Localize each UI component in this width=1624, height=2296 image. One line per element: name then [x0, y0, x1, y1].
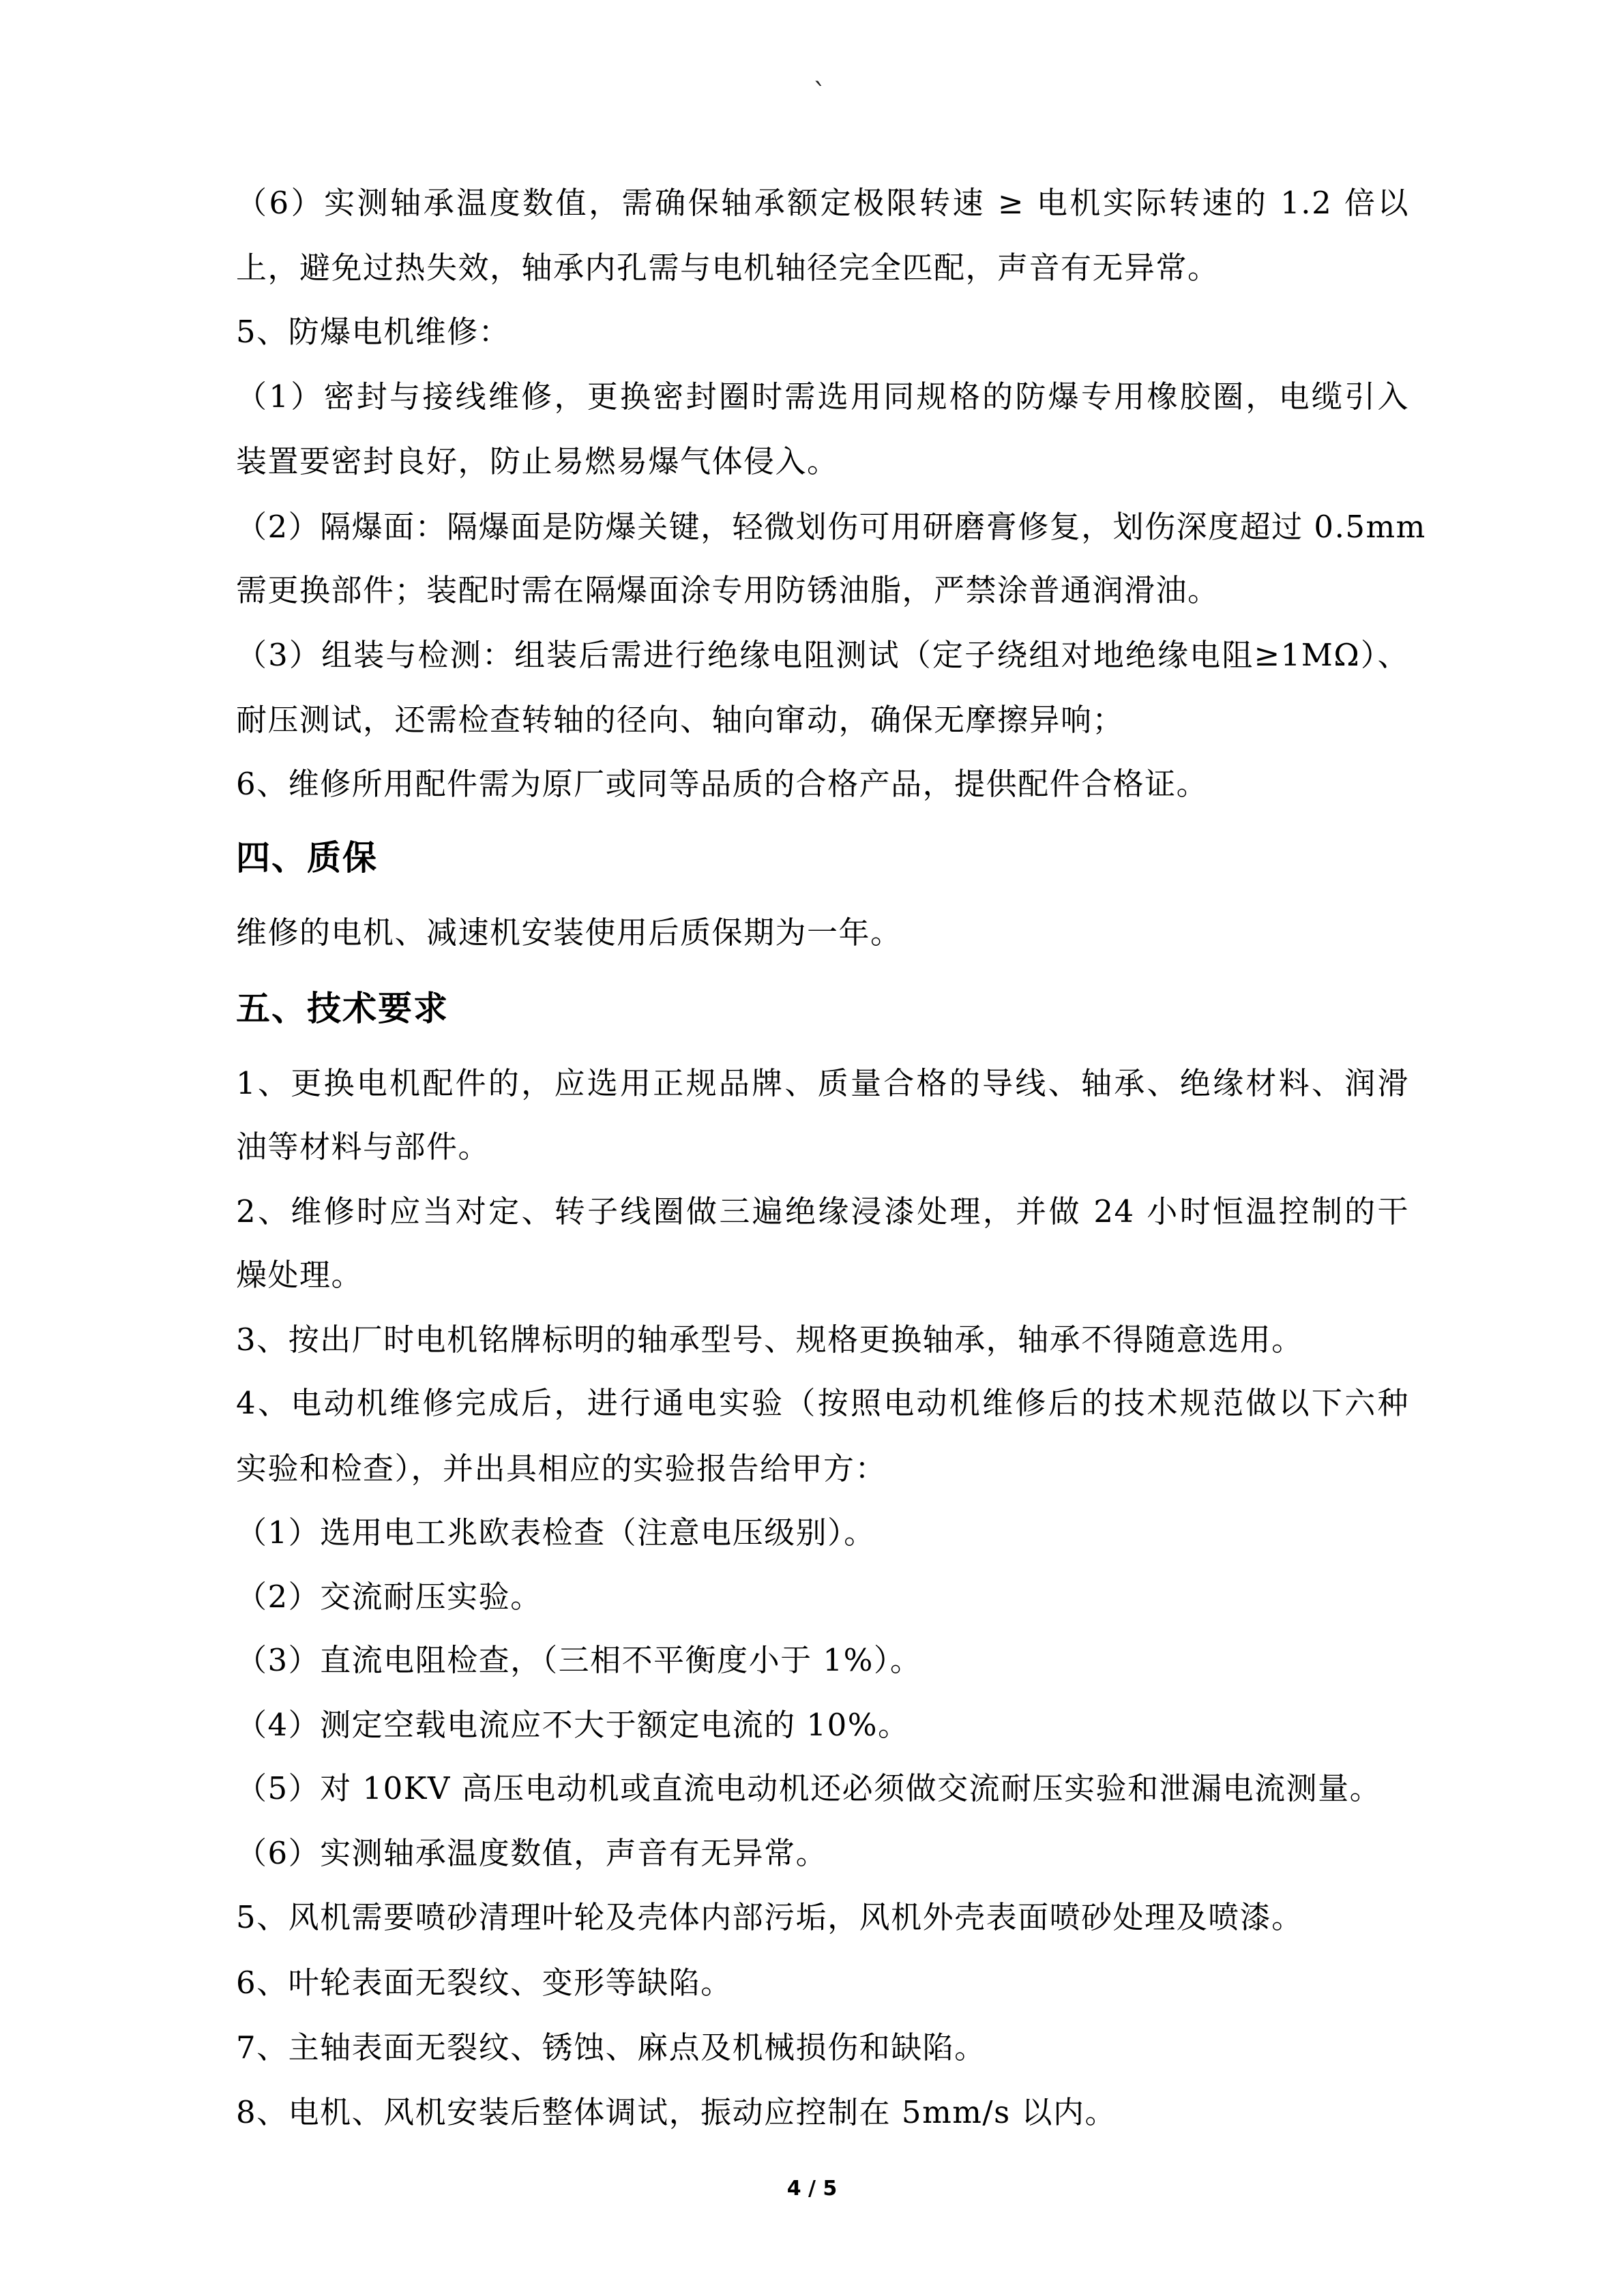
- header-mark: `: [813, 80, 827, 108]
- paragraph-line: （1）密封与接线维修，更换密封圈时需选用同规格的防爆专用橡胶圈，电缆引入: [236, 376, 1409, 417]
- paragraph-line: 实验和检查），并出具相应的实验报告给甲方：: [236, 1448, 1409, 1489]
- paragraph-line: 需更换部件；装配时需在隔爆面涂专用防锈油脂，严禁涂普通润滑油。: [236, 570, 1409, 611]
- paragraph-line: 5、防爆电机维修：: [236, 312, 1409, 353]
- paragraph-line: 8、电机、风机安装后整体调试，振动应控制在 5mm/s 以内。: [236, 2092, 1409, 2133]
- paragraph-line: 1、更换电机配件的，应选用正规品牌、质量合格的导线、轴承、绝缘材料、润滑: [236, 1063, 1409, 1104]
- paragraph-line: （6）实测轴承温度数值，声音有无异常。: [236, 1833, 1409, 1874]
- paragraph-line: 燥处理。: [236, 1255, 1409, 1296]
- paragraph-line: 3、按出厂时电机铭牌标明的轴承型号、规格更换轴承，轴承不得随意选用。: [236, 1320, 1409, 1360]
- page-number: 4 / 5: [0, 2175, 1624, 2203]
- paragraph-line: 7、主轴表面无裂纹、锈蚀、麻点及机械损伤和缺陷。: [236, 2027, 1409, 2068]
- paragraph-line: 5、风机需要喷砂清理叶轮及壳体内部污垢，风机外壳表面喷砂处理及喷漆。: [236, 1897, 1409, 1938]
- paragraph-line: 2、维修时应当对定、转子线圈做三遍绝缘浸漆处理，并做 24 小时恒温控制的干: [236, 1191, 1409, 1232]
- paragraph-line: （2）交流耐压实验。: [236, 1577, 1409, 1617]
- paragraph-line: （4）测定空载电流应不大于额定电流的 10%。: [236, 1705, 1409, 1746]
- paragraph-line: （1）选用电工兆欧表检查（注意电压级别）。: [236, 1512, 1409, 1553]
- paragraph-line: （2）隔爆面：隔爆面是防爆关键，轻微划伤可用研磨膏修复，划伤深度超过 0.5mm: [236, 507, 1409, 548]
- paragraph-line: 维修的电机、减速机安装使用后质保期为一年。: [236, 912, 1409, 953]
- paragraph-line: （3）组装与检测：组装后需进行绝缘电阻测试（定子绕组对地绝缘电阻≥1MΩ）、: [236, 635, 1409, 676]
- paragraph-line: 上，避免过热失效，轴承内孔需与电机轴径完全匹配，声音有无异常。: [236, 248, 1409, 288]
- section-heading-warranty: 四、质保: [236, 836, 378, 880]
- paragraph-line: 耐压测试，还需检查转轴的径向、轴向窜动，确保无摩擦异响；: [236, 700, 1409, 741]
- paragraph-line: （6）实测轴承温度数值，需确保轴承额定极限转速 ≥ 电机实际转速的 1.2 倍以: [236, 183, 1409, 224]
- section-heading-technical-requirements: 五、技术要求: [236, 987, 449, 1030]
- paragraph-line: 6、维修所用配件需为原厂或同等品质的合格产品，提供配件合格证。: [236, 764, 1409, 805]
- paragraph-line: 油等材料与部件。: [236, 1127, 1409, 1167]
- document-page: ` （6）实测轴承温度数值，需确保轴承额定极限转速 ≥ 电机实际转速的 1.2 …: [0, 0, 1624, 2296]
- paragraph-line: 4、电动机维修完成后，进行通电实验（按照电动机维修后的技术规范做以下六种: [236, 1383, 1409, 1424]
- paragraph-line: 装置要密封良好，防止易燃易爆气体侵入。: [236, 441, 1409, 482]
- paragraph-line: （5）对 10KV 高压电动机或直流电动机还必须做交流耐压实验和泄漏电流测量。: [236, 1768, 1409, 1809]
- paragraph-line: （3）直流电阻检查，（三相不平衡度小于 1%）。: [236, 1640, 1409, 1681]
- paragraph-line: 6、叶轮表面无裂纹、变形等缺陷。: [236, 1963, 1409, 2003]
